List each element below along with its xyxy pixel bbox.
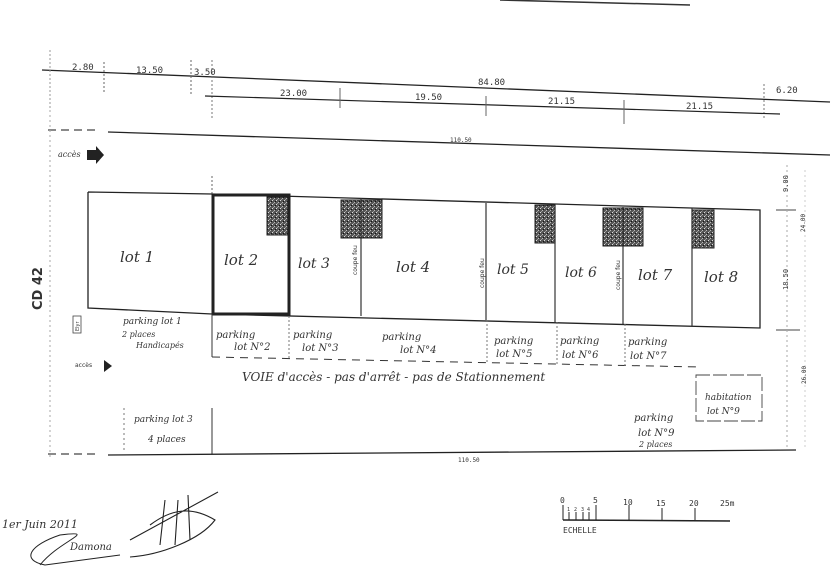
road-label: CD 42 [31,267,46,310]
lot-7-label: lot 7 [638,266,673,284]
parking-lot-9-line2: lot N°9 [638,428,675,439]
scale-bar: 0 5 10 15 20 25m 1 2 3 4 ECHELLE [560,496,735,535]
scale-minor-2: 2 [574,507,577,513]
dimension-right: 9.00 18.50 24.00 26.00 [776,165,808,450]
parking-lot-3b-line2: 4 places [147,435,186,445]
parking-lot-2-line1: parking [216,330,255,341]
parking-lot-9-line3: 2 places [638,440,672,449]
parking-lot-6-line1: parking [560,336,599,347]
scale-title: ECHELLE [563,526,597,535]
site-plan: 2.80 13.50 3.50 84.80 6.20 23.00 19.50 2… [0,0,835,588]
gate-marker: Elyr [73,316,81,333]
lower-area: parking lot 3 4 places parking lot N°9 2… [48,408,796,464]
lot-4-label: lot 4 [396,258,430,276]
gate-label: Elyr [75,320,81,331]
signature-scribble [130,492,218,557]
dim-2-80: 2.80 [72,63,94,73]
access-label-bottom: accès [75,362,92,369]
lot-1-label: lot 1 [120,248,154,266]
building-block [88,176,760,328]
parking-lot-5-line2: lot N°5 [496,349,533,360]
lot-3-label: lot 3 [298,256,330,272]
signature-block: 1er Juin 2011 Damona [2,492,218,565]
parking-lot-3b-line1: parking lot 3 [134,415,193,425]
habitation-line1: habitation [705,393,752,403]
parking-lot-1-line2: 2 places [121,330,155,339]
signature-date: 1er Juin 2011 [2,518,78,531]
scale-minor-3: 3 [581,507,584,513]
arrow-right-icon [87,146,104,164]
lot-6-label: lot 6 [565,265,597,281]
parking-lot-3-line1: parking [293,330,332,341]
parking-lot-1-line1: parking lot 1 [123,317,182,327]
signature-name: Damona [69,542,112,553]
firewall-label: coupe feu [479,258,486,288]
scale-tick-20: 20 [689,499,699,508]
access-road-label: VOIE d'accès - pas d'arrêt - pas de Stat… [242,370,545,384]
lot-5-label: lot 5 [497,262,529,278]
parking-lot-1-line3: Handicapés [135,341,184,350]
parking-lot-4-line2: lot N°4 [400,345,437,356]
dim-6-20: 6.20 [776,86,798,96]
hatched-block [692,210,714,248]
hatched-block [603,208,623,246]
parking-lot-9-line1: parking [634,413,673,424]
dim-26-00: 26.00 [801,366,808,384]
hatched-block [267,197,288,235]
dim-total-bottom: 110.50 [458,457,480,464]
hatched-block [535,205,555,243]
parking-lot-4-line1: parking [382,332,421,343]
lot-8-label: lot 8 [704,268,738,286]
access-road: accès VOIE d'accès - pas d'arrêt - pas d… [75,360,545,384]
dim-total-top: 110.50 [450,137,472,144]
firewall-label: coupe feu [615,260,622,290]
parking-lot-2-line2: lot N°2 [234,342,271,353]
hatched-block [361,200,382,238]
dim-21-15-a: 21.15 [548,97,575,107]
dimension-row-second: 23.00 19.50 21.15 21.15 [205,88,780,124]
access-marker-top: accès [58,146,104,164]
scale-minor-1: 1 [567,507,570,513]
scale-tick-25: 25m [720,499,735,508]
dimension-total-top: 110.50 [48,130,830,155]
parking-lot-7-line1: parking [628,337,667,348]
firewall-label: coupe feu [352,245,359,275]
scale-tick-10: 10 [623,498,633,507]
scale-tick-5: 5 [593,496,598,505]
parking-lot-3-line2: lot N°3 [302,343,339,354]
dim-13-50: 13.50 [136,66,163,76]
parking-lot-6-line2: lot N°6 [562,350,599,361]
scale-minor-4: 4 [587,507,590,513]
scale-tick-15: 15 [656,499,666,508]
parking-lot-7-line2: lot N°7 [630,351,667,362]
dim-23-00: 23.00 [280,89,307,99]
service-blocks [267,197,714,248]
road-cd42: CD 42 [31,110,50,460]
hatched-block [623,208,643,246]
hatched-block [341,200,361,238]
dim-21-15-b: 21.15 [686,102,713,112]
dim-18-50: 18.50 [782,269,790,290]
parking-lot-5-line1: parking [494,336,533,347]
parking-row: parking lot 1 2 places Handicapés parkin… [121,314,700,367]
scan-edge-line [500,0,690,5]
scale-tick-0: 0 [560,496,565,505]
lot-2-label: lot 2 [224,251,258,269]
dim-9-00: 9.00 [782,175,790,192]
habitation-box: habitation lot N°9 [696,375,762,421]
access-label-top: accès [58,150,81,159]
dim-84-80: 84.80 [478,78,505,88]
dim-19-50: 19.50 [415,93,442,103]
dim-24-00: 24.00 [800,214,807,232]
dim-3-50: 3.50 [194,68,216,78]
habitation-line2: lot N°9 [707,407,740,417]
arrow-right-icon [104,360,112,372]
